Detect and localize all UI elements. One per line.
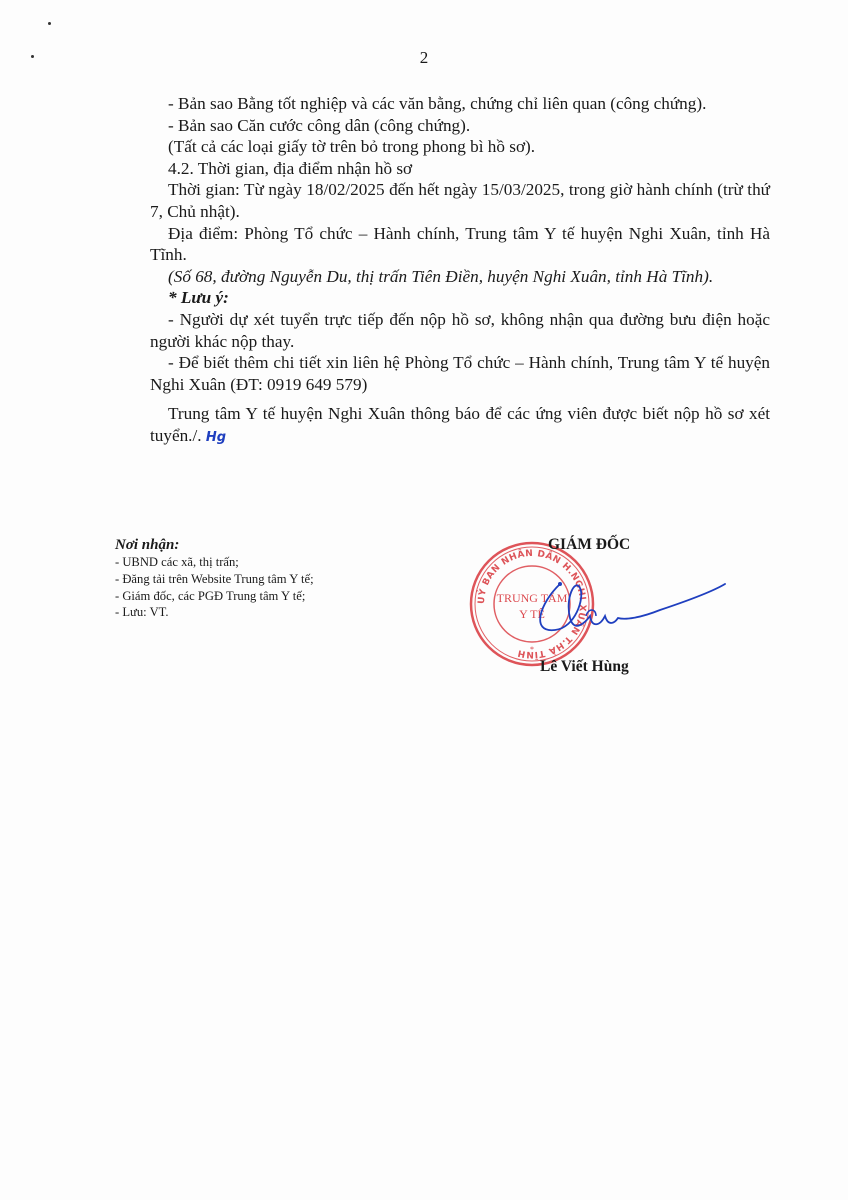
paragraph-time: Thời gian: Từ ngày 18/02/2025 đến hết ng… — [150, 179, 770, 222]
paragraph-diploma-copy: - Bản sao Bằng tốt nghiệp và các văn bằn… — [150, 93, 770, 115]
paragraph-location: Địa điểm: Phòng Tổ chức – Hành chính, Tr… — [150, 223, 770, 266]
note-heading: * Lưu ý: — [150, 287, 770, 309]
paragraph-envelope-note: (Tất cả các loại giấy tờ trên bỏ trong p… — [150, 136, 770, 158]
section-heading-4-2: 4.2. Thời gian, địa điểm nhận hồ sơ — [150, 158, 770, 180]
signer-position: GIÁM ĐỐC — [548, 536, 630, 554]
paragraph-in-person: - Người dự xét tuyển trực tiếp đến nộp h… — [150, 309, 770, 352]
recipient-item: - Giám đốc, các PGĐ Trung tâm Y tế; — [115, 588, 314, 605]
closing-text: Trung tâm Y tế huyện Nghi Xuân thông báo… — [150, 404, 770, 445]
handwritten-signature-icon — [530, 578, 730, 638]
document-body: - Bản sao Bằng tốt nghiệp và các văn bằn… — [150, 93, 770, 449]
signer-name: Lê Viết Hùng — [540, 658, 629, 676]
page-number: 2 — [0, 48, 848, 68]
initials-mark: Hg — [206, 430, 226, 445]
paragraph-address: (Số 68, đường Nguyễn Du, thị trấn Tiên Đ… — [150, 266, 770, 288]
svg-text:*: * — [530, 645, 534, 654]
paragraph-closing: Trung tâm Y tế huyện Nghi Xuân thông báo… — [150, 403, 770, 448]
recipient-item: - UBND các xã, thị trấn; — [115, 554, 314, 571]
recipient-item: - Đăng tải trên Website Trung tâm Y tế; — [115, 571, 314, 588]
scan-speck — [48, 22, 51, 25]
recipients-block: Nơi nhận: - UBND các xã, thị trấn; - Đăn… — [115, 536, 314, 621]
recipients-title: Nơi nhận: — [115, 536, 314, 554]
paragraph-id-copy: - Bản sao Căn cước công dân (công chứng)… — [150, 115, 770, 137]
paragraph-contact: - Để biết thêm chi tiết xin liên hệ Phòn… — [150, 352, 770, 395]
recipient-item: - Lưu: VT. — [115, 604, 314, 621]
